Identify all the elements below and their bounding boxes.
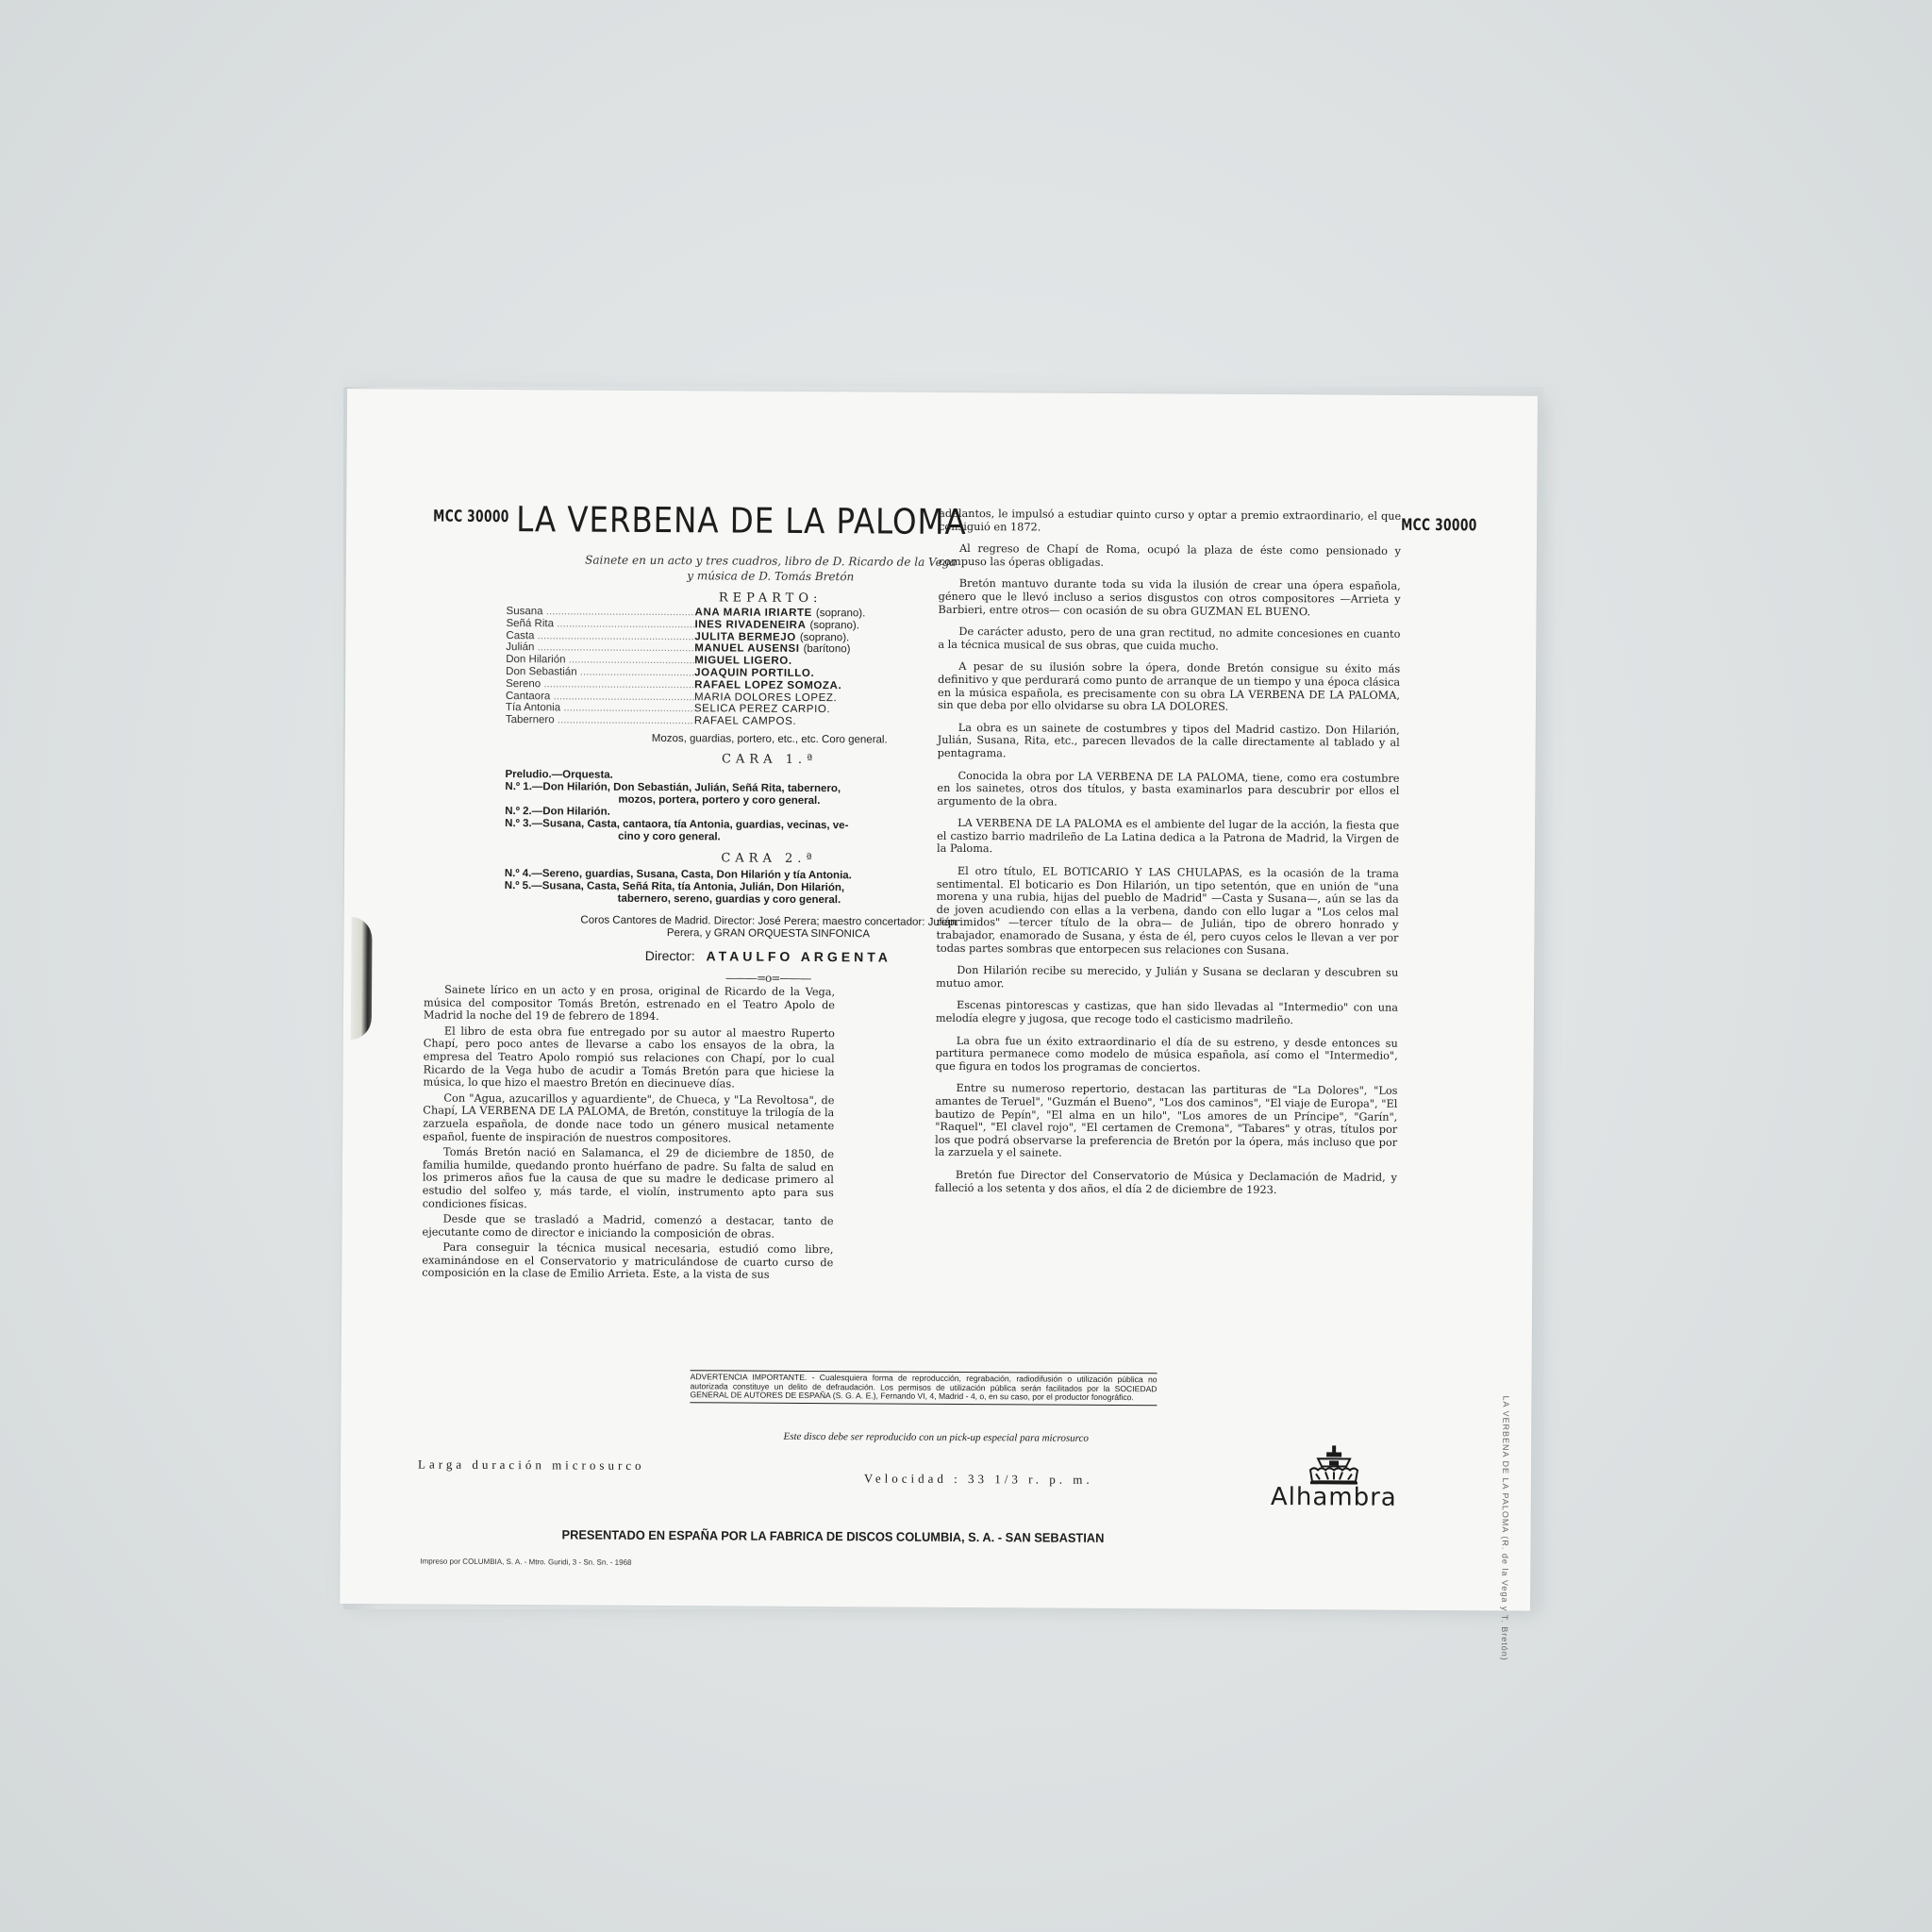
record-sleeve-back: MCC 30000 LA VERBENA DE LA PALOMA MCC 30…: [340, 389, 1538, 1611]
liner-paragraph: Bretón mantuvo durante toda su vida la i…: [939, 577, 1401, 619]
cast-role: Julián: [506, 641, 694, 655]
liner-paragraph: Para conseguir la técnica musical necesa…: [422, 1241, 833, 1282]
cast-actor: RAFAEL LOPEZ SOMOZA.: [694, 679, 841, 692]
track-line: N.º 4.—Sereno, guardias, Susana, Casta, …: [505, 868, 852, 881]
cast-role: Cantaora: [506, 691, 694, 704]
cast-role: Tabernero: [506, 714, 694, 727]
cast-role: Susana: [507, 606, 695, 619]
liner-paragraph: La obra fue un éxito extraordinario el d…: [936, 1034, 1398, 1075]
liner-paragraph: Entre su numeroso repertorio, destacan l…: [935, 1082, 1397, 1162]
cast-role: Casta: [506, 630, 694, 643]
liner-paragraph: El otro título, EL BOTICARIO Y LAS CHULA…: [936, 865, 1399, 958]
catalog-number-left: MCC 30000: [433, 508, 509, 526]
cast-actor: RAFAEL CAMPOS.: [694, 715, 796, 727]
catalog-number-right: MCC 30000: [1401, 516, 1477, 535]
cast-role: Tía Antonia: [506, 702, 694, 715]
cast-actor: JULITA BERMEJO: [694, 631, 796, 643]
director-name: ATAULFO ARGENTA: [707, 948, 891, 964]
liner-paragraph: Escenas pintorescas y castizas, que han …: [936, 999, 1398, 1027]
spine-text: LA VERBENA DE LA PALOMA (R. de la Vega y…: [1500, 1395, 1511, 1660]
speed-label: Velocidad : 33 1/3 r. p. m.: [864, 1471, 1093, 1487]
album-title: LA VERBENA DE LA PALOMA: [516, 499, 967, 542]
cast-role: Sereno: [506, 678, 694, 691]
label-name: Alhambra: [1263, 1483, 1405, 1512]
liner-paragraph: Don Hilarión recibe su merecido, y Juliá…: [936, 964, 1398, 992]
format-label: Larga duración microsurco: [418, 1457, 645, 1473]
cast-voice-type: (soprano).: [816, 608, 865, 620]
liner-paragraph: Bretón fue Director del Conservatorio de…: [935, 1169, 1397, 1197]
liner-paragraph: Sainete lírico en un acto y en prosa, or…: [424, 984, 835, 1024]
liner-paragraph: Tomás Bretón nació en Salamanca, el 29 d…: [423, 1146, 834, 1213]
cast-actor: JOAQUIN PORTILLO.: [694, 667, 814, 680]
cast-role: Don Sebastián: [506, 666, 694, 679]
track-line: N.º 1.—Don Hilarión, Don Sebastián, Juli…: [505, 781, 841, 794]
cast-voice-type: (barítono): [804, 643, 851, 656]
track-line: N.º 5.—Susana, Casta, Señá Rita, tía Ant…: [505, 880, 844, 893]
liner-notes-right: adelantos, le impulsó a estudiar quinto …: [935, 508, 1401, 1207]
cast-actor: INES RIVADENEIRA: [694, 619, 806, 632]
liner-paragraph: adelantos, le impulsó a estudiar quinto …: [939, 508, 1401, 536]
liner-paragraph: De carácter adusto, pero de una gran rec…: [938, 625, 1400, 654]
cast-actor: MANUEL AUSENSI: [694, 643, 799, 656]
cast-actor: SELICA PEREZ CARPIO.: [694, 704, 830, 717]
copyright-warning: ADVERTENCIA IMPORTANTE. - Cualesquiera f…: [690, 1370, 1157, 1406]
cast-role: Don Hilarión: [506, 654, 694, 667]
presented-by: PRESENTADO EN ESPAÑA POR LA FABRICA DE D…: [562, 1527, 1105, 1545]
track-line: Preludio.—Orquesta.: [505, 769, 612, 781]
liner-paragraph: LA VERBENA DE LA PALOMA es el ambiente d…: [937, 817, 1399, 858]
cast-voice-type: (soprano).: [800, 632, 849, 644]
director-label: Director:: [645, 948, 695, 963]
cast-voice-type: (soprano).: [809, 620, 858, 632]
track-line: N.º 2.—Don Hilarión.: [505, 806, 610, 818]
cast-actor: MIGUEL LIGERO.: [694, 655, 791, 667]
cast-role: Señá Rita: [506, 618, 694, 631]
cast-actor: MARIA DOLORES LOPEZ.: [694, 691, 837, 705]
liner-paragraph: Desde que se trasladó a Madrid, comenzó …: [422, 1213, 833, 1241]
liner-paragraph: El libro de esta obra fue entregado por …: [423, 1024, 834, 1091]
liner-paragraph: Al regreso de Chapí de Roma, ocupó la pl…: [939, 542, 1401, 571]
liner-paragraph: Conocida la obra por LA VERBENA DE LA PA…: [937, 769, 1399, 810]
fountain-crest-icon: [1301, 1443, 1367, 1487]
alhambra-logo: Alhambra: [1263, 1443, 1405, 1512]
liner-paragraph: A pesar de su ilusión sobre la ópera, do…: [938, 660, 1400, 714]
liner-paragraph: La obra es un sainete de costumbres y ti…: [938, 722, 1400, 763]
vinyl-record-edge: [351, 917, 373, 1040]
printed-by: Impreso por COLUMBIA, S. A. - Mtro. Guri…: [420, 1557, 631, 1566]
liner-notes-left: Sainete lírico en un acto y en prosa, or…: [422, 984, 835, 1286]
track-line: N.º 3.—Susana, Casta, cantaora, tía Anto…: [505, 818, 848, 831]
liner-paragraph: Con "Agua, azucarillos y aguardiente", d…: [423, 1091, 834, 1145]
cast-actor: ANA MARIA IRIARTE: [695, 607, 812, 620]
